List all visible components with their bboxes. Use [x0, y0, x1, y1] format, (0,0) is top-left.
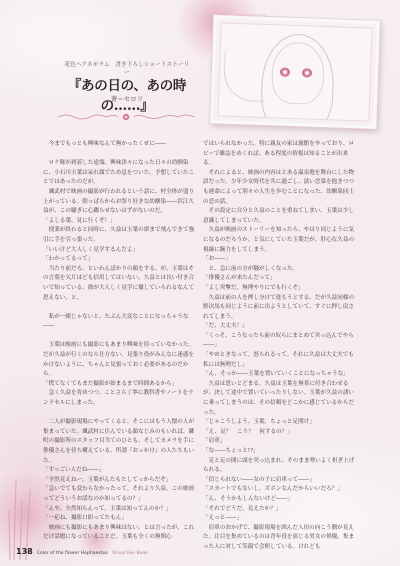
paragraph: 当たり前だろ、といわんばかりの顔をする。が、玉葉はその言葉を欠片ほども信用しては…: [43, 265, 195, 303]
story-author: 著＝セロリ: [62, 94, 192, 103]
paragraph: 颯武村で映画の撮影が行われるという話に、村全体が盛り上がっている。朝っぱらからお…: [43, 188, 195, 217]
dialogue-line: 「くっそ、こうなったら前の奴らにまとめて突っ込んでやら――」: [203, 332, 355, 351]
dialogue-line: 「だ、大丈夫！」: [203, 322, 355, 332]
paragraph: と、急に前の方が騒がしくなった。: [203, 265, 355, 275]
illustration-photo-frame: [210, 15, 380, 129]
ornamental-divider: [56, 112, 196, 122]
dialogue-line: 「お――」: [203, 255, 355, 265]
book-subtitle: Visual Fan Book: [112, 551, 148, 556]
dialogue-line: 「それでどうだ、見えたか？」: [203, 505, 355, 515]
paragraph: 今までもっとも興味なんて無かったくせに――: [43, 140, 195, 150]
paragraph: 久益が映画のストーリーを知ったら、やはり同じように気になるのだろうか。と気にして…: [203, 226, 355, 255]
dialogue-line: 「慌てなくてもまだ撮影が始まるまで時間あるから」: [43, 380, 195, 390]
paragraph: 映画にも撮影にもあまり興味はない、とは言ったが、これだけ話題になっていることだ。…: [43, 524, 195, 543]
dialogue-line: 「じゃこうしよう、玉葉、ちょっと足開け」: [203, 418, 355, 428]
dialogue-line: 「一応ね、撮影口紛ってたもん」: [43, 514, 195, 524]
dialogue-line: 「えっと――」: [203, 514, 355, 524]
dialogue-line: 「肩車」: [203, 437, 355, 447]
dialogue-line: 「俳優さんが来たんだって」: [203, 274, 355, 284]
dialogue-line: 「急いでても変わらなかったって。それより久益、この映画ってどういうお話なのか知っ…: [43, 485, 195, 504]
paragraph: 急く久益を宥めつつ、ことさら丁寧に教科書やノートをランドセルにしまった。: [43, 389, 195, 408]
paragraph: 私が一緒じゃないと、たぶん大変なことになっちゃうな――: [43, 313, 195, 332]
paragraph: 久益は前の人を押し分けて進もうとする。だが久益同様の野次馬も同じように前に出よう…: [203, 294, 355, 323]
paragraph: ではいられなかった。特に親友の家は旅館をやっており、ロビーで雑誌をめくれば、ある…: [203, 140, 355, 169]
dialogue-line: 「すっごい人だね――」: [43, 466, 195, 476]
body-column-right: ではいられなかった。特に親友の家は旅館をやっており、ロビーで雑誌をめくれば、ある…: [203, 140, 355, 553]
paragraph: 二人が撮影現場にやってくると、そこにはもう人懐の人が集まっていた。颯武村に住んで…: [43, 418, 195, 466]
dialogue-line: 「スカートでもないし、ズボンなんだからいいだろ？」: [203, 485, 355, 495]
paragraph: それによると、映画の内容はとある温泉地を舞台にした物語だった。少年少女時代を共に…: [203, 169, 355, 207]
illustration-sketch: [217, 22, 372, 121]
body-column-left: 今までもっとも興味なんて無かったくせに――ロケ隊が到着した途端、興味津々になった…: [43, 140, 195, 543]
paragraph: 玉葉は映画にも撮影にもあまり興味を持っていなかった。だが久益が行くのなら仕方ない…: [43, 341, 195, 379]
paragraph: 肩車のおかげで、撮影現場を囲んだ人垣の向こう側が見えた。注目を集めているのは青年…: [203, 524, 355, 553]
dialogue-line: 「ん、そっか――玉葉を置いていくことになっちゃうな」: [203, 370, 355, 380]
book-title: Color of the flower Hephaestus: [37, 551, 108, 556]
dialogue-line: 「いいけど大人しく見学するんだよ」: [43, 246, 195, 256]
dialogue-line: 「信じられない――女の子に肩車って――」: [203, 476, 355, 486]
dialogue-line: 「よし突撃だ、無理やりにでも行くぞ」: [203, 284, 355, 294]
dialogue-line: 「よしる葉、見に行くぞ！」: [43, 217, 195, 227]
paragraph: 久益は思いとどまる。久益は玉葉を無茶に付き合わせるが、決して途中で置いていったり…: [203, 380, 355, 418]
dialogue-line: 「ん、そうかもしんないけど――」: [203, 495, 355, 505]
dialogue-line: 「え、足？ こう？ 何するの？」: [203, 428, 355, 438]
dialogue-line: 「やめときなって。怒られるって。それに久益は大丈夫でも私には無理だし」: [203, 351, 355, 370]
wing-sketch: [223, 50, 266, 102]
dialogue-line: 「全然見えねー。玉葉がんたもたしてっからだぞ」: [43, 476, 195, 486]
paragraph: 足と足の間に頭を突っ込まれ、そのまま勢いよく担ぎ上げられる。: [203, 457, 355, 476]
dialogue-line: 「な――ちょっと!?」: [203, 447, 355, 457]
hair-sketch-inner: [271, 41, 325, 105]
paragraph: その設定に自分と久益のことを重ねてしまい、玉葉は少し意識してしまっていた。: [203, 207, 355, 226]
page-footer: 138 Color of the flower Hephaestus Visua…: [16, 547, 148, 556]
dialogue-line: 「んや、全然知らんって。玉葉は知ってんのか？」: [43, 505, 195, 515]
paragraph: ロケ隊が到着した途端、興味津々になった日々の幼馴染に、小石川玉葉は呆れ顔でため息…: [43, 159, 195, 188]
flower-stems-decoration: [6, 460, 46, 560]
paragraph: 授業が終わると同時に、久益は玉葉の席まで飛んできて強引に手を引っ張った。: [43, 226, 195, 245]
dialogue-line: 「わかってるって」: [43, 255, 195, 265]
page-number: 138: [16, 547, 33, 556]
